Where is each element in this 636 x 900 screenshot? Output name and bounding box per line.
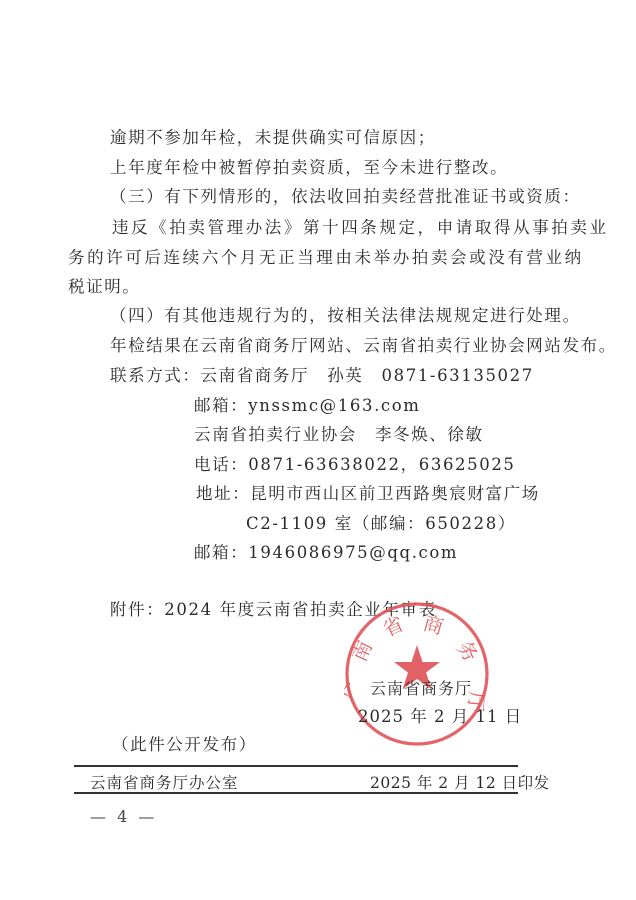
body-line-4: 违反《拍卖管理办法》第十四条规定，申请取得从事拍卖业 bbox=[112, 218, 609, 238]
body-line-2: 上年度年检中被暂停拍卖资质，至今未进行整改。 bbox=[110, 158, 508, 178]
signature-date: 2025 年 2 月 11 日 bbox=[358, 703, 522, 727]
body-line-1: 逾期不参加年检，未提供确实可信原因； bbox=[110, 128, 436, 148]
document-page: 逾期不参加年检，未提供确实可信原因； 上年度年检中被暂停拍卖资质，至今未进行整改… bbox=[0, 0, 636, 900]
footer-issue-date: 2025 年 2 月 12 日印发 bbox=[370, 773, 550, 793]
contact-dept1: 云南省商务厅 孙英 0871-63135027 bbox=[201, 366, 534, 385]
contact-dept2-address-2: C2-1109 室（邮编：650228） bbox=[246, 514, 516, 534]
body-line-7: （四）有其他违规行为的，按相关法律法规规定进行处理。 bbox=[110, 306, 581, 326]
footer-bottom-rule bbox=[74, 792, 518, 794]
body-line-3: （三）有下列情形的，依法收回拍卖经营批准证书或资质： bbox=[110, 187, 581, 207]
svg-text:南: 南 bbox=[347, 637, 377, 665]
footer-issuer: 云南省商务厅办公室 bbox=[90, 773, 239, 793]
svg-text:省: 省 bbox=[379, 611, 407, 641]
body-line-5: 务的许可后连续六个月无正当理由未举办拍卖会或没有营业纳 bbox=[68, 248, 584, 268]
svg-text:云: 云 bbox=[344, 680, 357, 704]
page-number: — 4 — bbox=[90, 807, 157, 826]
contact-dept2-email: 邮箱：1946086975@qq.com bbox=[194, 543, 458, 563]
contact-dept2: 云南省拍卖行业协会 李冬焕、徐敏 bbox=[194, 425, 484, 445]
contact-label: 联系方式： bbox=[110, 366, 201, 385]
contact-block: 联系方式：云南省商务厅 孙英 0871-63135027 bbox=[110, 366, 534, 386]
contact-dept1-email: 邮箱：ynssmc@163.com bbox=[194, 396, 421, 416]
footer-top-rule bbox=[74, 765, 518, 767]
signature-org: 云南省商务厅 bbox=[370, 676, 472, 699]
svg-text:商: 商 bbox=[421, 611, 447, 639]
publicity-note: （此件公开发布） bbox=[112, 735, 257, 755]
body-line-6: 税证明。 bbox=[68, 277, 140, 297]
body-line-8: 年检结果在云南省商务厅网站、云南省拍卖行业协会网站发布。 bbox=[110, 336, 617, 356]
contact-dept2-phone: 电话：0871-63638022，63625025 bbox=[194, 455, 516, 475]
contact-dept2-address-1: 地址：昆明市西山区前卫西路奥宸财富广场 bbox=[196, 484, 540, 504]
